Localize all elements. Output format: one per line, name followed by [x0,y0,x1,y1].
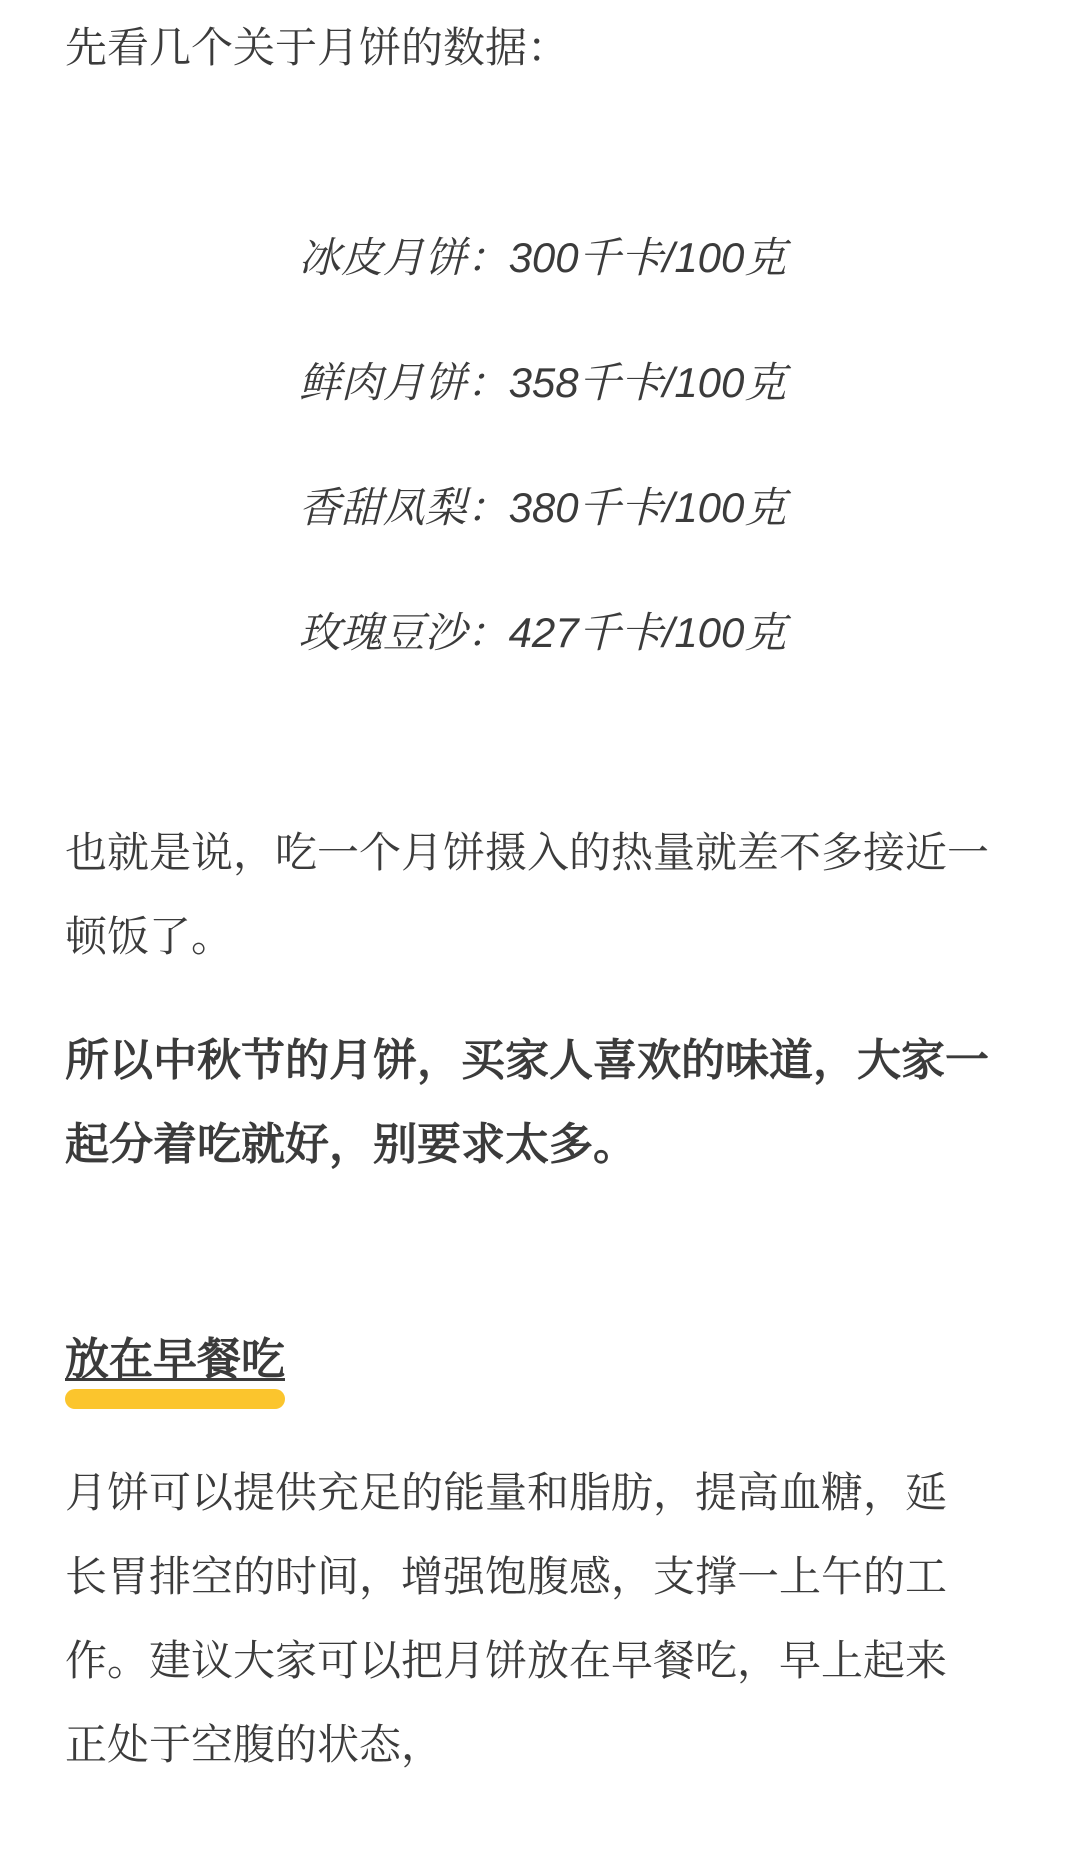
yellow-highlight-bar [65,1389,285,1409]
article-body: 先看几个关于月饼的数据： 冰皮月饼：300千卡/100克 鲜肉月饼：358千卡/… [0,0,1070,1787]
paragraph-advice-bold: 所以中秋节的月饼，买家人喜欢的味道，大家一 起分着吃就好，别要求太多。 [65,1019,1020,1187]
calorie-item-xianrou: 鲜肉月饼：358千卡/100克 [65,341,1020,425]
paragraph-summary: 也就是说，吃一个月饼摄入的热量就差不多接近一 顿饭了。 [65,811,1020,979]
intro-line: 先看几个关于月饼的数据： [65,6,1020,90]
calorie-item-bingpi: 冰皮月饼：300千卡/100克 [65,216,1020,300]
calorie-data-block: 冰皮月饼：300千卡/100克 鲜肉月饼：358千卡/100克 香甜凤梨：380… [65,216,1020,675]
paragraph-breakfast: 月饼可以提供充足的能量和脂肪，提高血糖，延 长胃排空的时间，增强饱腹感，支撑一上… [65,1451,1020,1787]
calorie-item-fengli: 香甜凤梨：380千卡/100克 [65,466,1020,550]
calorie-item-dousha: 玫瑰豆沙：427千卡/100克 [65,591,1020,675]
section-heading-wrap: 放在早餐吃 [65,1335,285,1409]
section-heading: 放在早餐吃 [65,1335,285,1385]
